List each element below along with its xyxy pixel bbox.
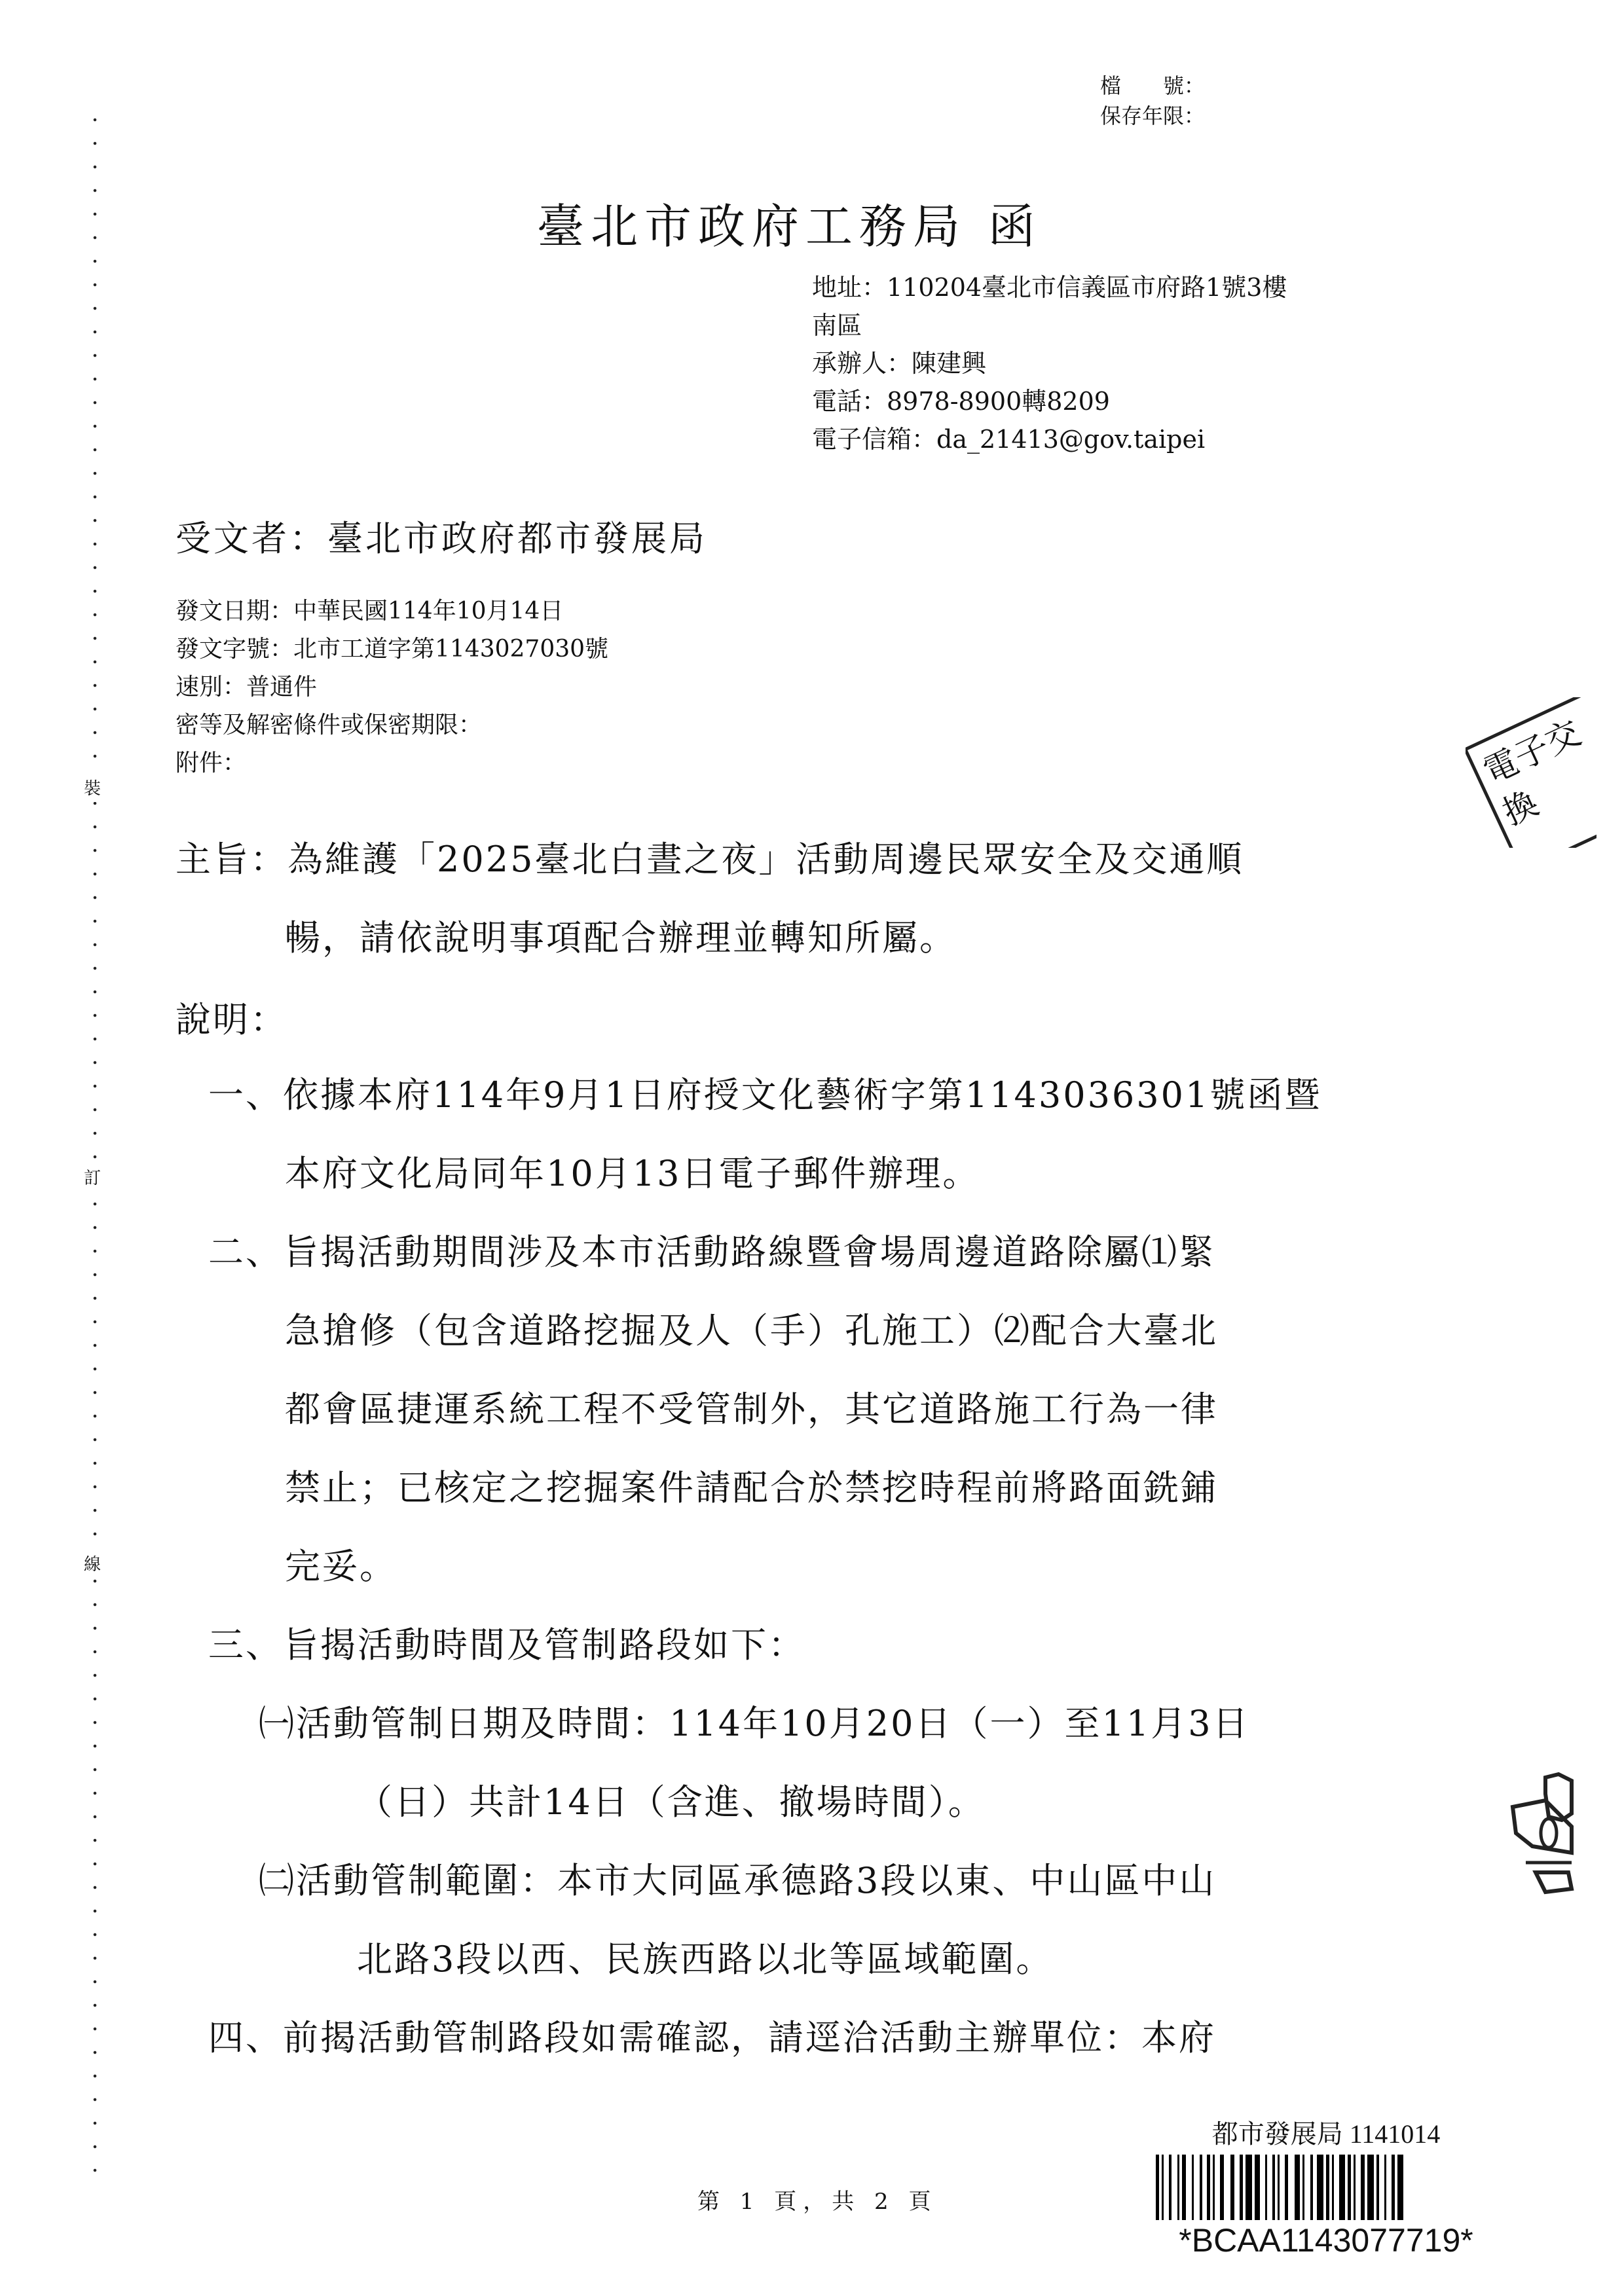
seal-icon [1506,1768,1624,1899]
sender-info: 地址：110204臺北市信義區市府路1號3樓 南區 承辦人：陳建興 電話：897… [812,268,1287,458]
sender-address-line2: 南區 [812,306,1287,344]
file-number-label: 檔 號： [1100,71,1205,101]
document-meta: 發文日期：中華民國114年10月14日 發文字號：北市工道字第114302703… [175,592,608,782]
barcode-block: 都市發展局 1141014 *BCAA1143077719* [1156,2113,1496,2259]
binding-mark-ding: 訂 [84,1162,101,1192]
sender-address-line1: 地址：110204臺北市信義區市府路1號3樓 [812,268,1287,306]
sender-phone: 電話：8978-8900轉8209 [812,382,1287,420]
subject-line2: 暢，請依說明事項配合辦理並轉知所屬。 [285,910,957,960]
page-indicator: 第 1 頁，共 2 頁 [697,2183,938,2215]
barcode-label: 都市發展局 1141014 [1156,2113,1496,2151]
document-number: 發文字號：北市工道字第1143027030號 [175,630,608,668]
recipient: 受文者：臺北市政府都市發展局 [175,511,707,561]
item-2-line1: 二、旨揭活動期間涉及本市活動路線暨會場周邊道路除屬⑴緊 [208,1224,1216,1275]
binding-mark-xian: 線 [84,1548,101,1578]
barcode-bars [1156,2155,1496,2220]
subject-line1: 主旨：為維護「2025臺北白晝之夜」活動周邊民眾安全及交通順 [175,831,1244,882]
item-1-line1: 一、依據本府114年9月1日府授文化藝術字第1143036301號函暨 [208,1067,1321,1118]
item-3-sub-1-line1: ㈠活動管制日期及時間：114年10月20日（一）至11月3日 [259,1696,1250,1746]
binding-mark-zhuang: 裝 [84,773,101,802]
sender-email: 電子信箱：da_21413@gov.taipei [812,420,1287,458]
binding-dotted-line [92,108,98,2183]
item-3-line1: 三、旨揭活動時間及管制路段如下： [208,1617,805,1667]
attachment: 附件： [175,744,608,782]
document-title: 臺北市政府工務局 函 [537,189,1042,257]
issue-date: 發文日期：中華民國114年10月14日 [175,592,608,630]
item-3-sub-2-line2: 北路3段以西、民族西路以北等區域範圍。 [357,1931,1053,1982]
explanation-heading: 說明： [175,992,287,1042]
item-2-line2: 急搶修（包含道路挖掘及人（手）孔施工）⑵配合大臺北 [285,1303,1218,1353]
retention-period-label: 保存年限： [1100,101,1205,131]
sender-handler: 承辦人：陳建興 [812,344,1287,382]
item-2-line4: 禁止；已核定之挖掘案件請配合於禁挖時程前將路面銑鋪 [285,1460,1218,1510]
partial-seal-stamp [1506,1768,1624,1899]
item-2-line3: 都會區捷運系統工程不受管制外，其它道路施工行為一律 [285,1381,1218,1432]
secrecy-level: 密等及解密條件或保密期限： [175,706,608,744]
item-2-line5: 完妥。 [285,1539,397,1589]
item-1-line2: 本府文化局同年10月13日電子郵件辦理。 [285,1146,980,1196]
barcode-code: *BCAA1143077719* [1156,2221,1496,2259]
item-3-sub-2-line1: ㈡活動管制範圍：本市大同區承德路3段以東、中山區中山 [259,1853,1216,1903]
file-meta: 檔 號： 保存年限： [1100,71,1205,131]
stamp-text: 電子交換 [1466,697,1596,848]
item-3-sub-1-line2: （日）共計14日（含進、撤場時間）。 [357,1774,986,1825]
speed-class: 速別：普通件 [175,668,608,706]
item-4-line1: 四、前揭活動管制路段如需確認，請逕洽活動主辦單位：本府 [208,2010,1216,2060]
electronic-exchange-stamp: 電子交換 [1466,697,1596,848]
